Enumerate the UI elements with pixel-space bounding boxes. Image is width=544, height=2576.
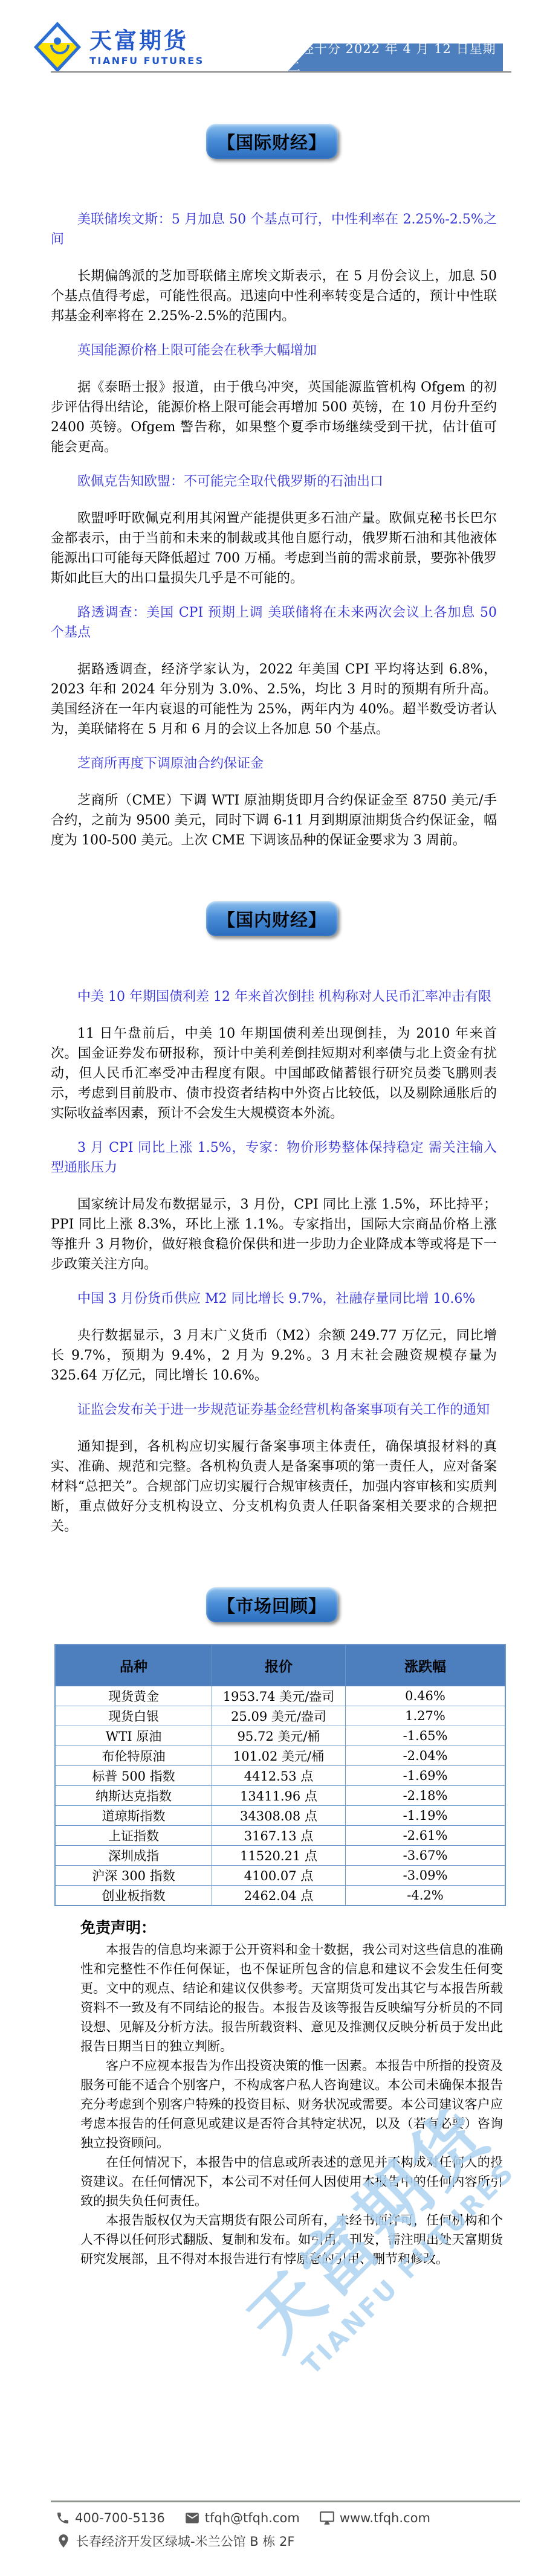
disclaimer: 免责声明： 本报告的信息均来源于公开资料和金十数据，我公司对这些信息的准确性和完… <box>80 1916 503 2269</box>
phone-icon <box>56 2511 70 2525</box>
change-cell: -1.65% <box>346 1726 506 1746</box>
international-articles: 美联储埃文斯：5 月加息 50 个基点可行，中性利率在 2.25%-2.5%之间… <box>0 210 544 850</box>
quote-cell: 34308.08 点 <box>212 1806 346 1826</box>
table-row: 道琼斯指数34308.08 点-1.19% <box>55 1806 505 1826</box>
quote-cell: 11520.21 点 <box>212 1846 346 1866</box>
logo-name-cn: 天富期货 <box>89 30 204 53</box>
newsletter-page: 天富期货 TIANFU FUTURES 财经十分 2022 年 4 月 12 日… <box>0 0 544 2576</box>
article: 3 月 CPI 同比上涨 1.5%，专家：物价形势整体保持稳定 需关注输入型通胀… <box>0 1138 544 1274</box>
table-row: 现货白银25.09 美元/盎司1.27% <box>55 1706 505 1726</box>
contact-row: 400-700-5136 tfqh@tfqh.com www.tfqh.com <box>56 2510 430 2526</box>
section-title-market-review: 【市场回顾】 <box>206 1587 338 1622</box>
instrument-cell: WTI 原油 <box>55 1726 212 1746</box>
tianfu-logo: 天富期货 TIANFU FUTURES <box>34 22 204 74</box>
section-title-international: 【国际财经】 <box>206 124 338 159</box>
logo-person-head <box>54 37 61 45</box>
instrument-cell: 布伦特原油 <box>55 1746 212 1766</box>
change-cell: -1.19% <box>346 1806 506 1826</box>
instrument-cell: 创业板指数 <box>55 1886 212 1906</box>
disclaimer-paragraph: 本报告版权仅为天富期货有限公司所有，未经书面许可，任何机构和个人不得以任何形式翻… <box>80 2211 503 2269</box>
table-row: 纳斯达克指数13411.96 点-2.18% <box>55 1786 505 1806</box>
article: 中国 3 月份货币供应 M2 同比增长 9.7%，社融存量同比增 10.6% 央… <box>0 1289 544 1386</box>
footer-divider <box>51 2501 520 2502</box>
email-contact: tfqh@tfqh.com <box>184 2510 300 2526</box>
quote-cell: 4100.07 点 <box>212 1866 346 1886</box>
contact-row: 长春经济开发区绿城-米兰公馆 B 栋 2F <box>56 2532 430 2550</box>
article-body: 国家统计局发布数据显示，3 月份，CPI 同比上涨 1.5%，环比持平；PPI … <box>51 1195 497 1274</box>
change-cell: -2.61% <box>346 1826 506 1846</box>
disclaimer-paragraph: 本报告的信息均来源于公开资料和金十数据，我公司对这些信息的准确性和完整性不作任何… <box>80 1940 503 2056</box>
instrument-cell: 沪深 300 指数 <box>55 1866 212 1886</box>
logo-name-en: TIANFU FUTURES <box>89 56 204 66</box>
website-url: www.tfqh.com <box>340 2511 430 2525</box>
change-cell: -3.09% <box>346 1866 506 1886</box>
section-title-domestic: 【国内财经】 <box>206 901 338 936</box>
location-pin-icon <box>56 2533 71 2549</box>
article: 路透调查：美国 CPI 预期上调 美联储将在未来两次会议上各加息 50 个基点 … <box>0 603 544 739</box>
article-body: 欧盟呼吁欧佩克利用其闲置产能提供更多石油产量。欧佩克秘书长巴尔金都表示，由于当前… <box>51 509 497 588</box>
email-icon <box>184 2510 200 2526</box>
table-row: 创业板指数2462.04 点-4.2% <box>55 1886 505 1906</box>
table-row: 现货黄金1953.74 美元/盎司0.46% <box>55 1686 505 1706</box>
domestic-articles: 中美 10 年期国债利差 12 年来首次倒挂 机构称对人民币汇率冲击有限 11 … <box>0 987 544 1537</box>
address-text: 长春经济开发区绿城-米兰公馆 B 栋 2F <box>76 2532 294 2550</box>
market-review-table: 品种 报价 涨跌幅 现货黄金1953.74 美元/盎司0.46% 现货白银25.… <box>54 1644 506 1906</box>
quote-cell: 101.02 美元/桶 <box>212 1746 346 1766</box>
table-row: 标普 500 指数4412.53 点-1.69% <box>55 1766 505 1786</box>
article-body: 芝商所（CME）下调 WTI 原油期货即月合约保证金至 8750 美元/手合约，… <box>51 791 497 850</box>
table-row: WTI 原油95.72 美元/桶-1.65% <box>55 1726 505 1746</box>
address-contact: 长春经济开发区绿城-米兰公馆 B 栋 2F <box>56 2532 294 2550</box>
article-body: 11 日午盘前后，中美 10 年期国债利差出现倒挂，为 2010 年来首次。国金… <box>51 1024 497 1123</box>
change-cell: -4.2% <box>346 1886 506 1906</box>
instrument-cell: 标普 500 指数 <box>55 1766 212 1786</box>
column-header-instrument: 品种 <box>55 1645 212 1686</box>
article-headline: 芝商所再度下调原油合约保证金 <box>51 754 497 774</box>
article-headline: 美联储埃文斯：5 月加息 50 个基点可行，中性利率在 2.25%-2.5%之间 <box>51 210 497 249</box>
article-body: 央行数据显示，3 月末广义货币（M2）余额 249.77 万亿元，同比增长 9.… <box>51 1326 497 1386</box>
quote-cell: 4412.53 点 <box>212 1766 346 1786</box>
quote-cell: 95.72 美元/桶 <box>212 1726 346 1746</box>
quote-cell: 2462.04 点 <box>212 1886 346 1906</box>
article-headline: 中美 10 年期国债利差 12 年来首次倒挂 机构称对人民币汇率冲击有限 <box>51 987 497 1007</box>
change-cell: -2.18% <box>346 1786 506 1806</box>
change-cell: -1.69% <box>346 1766 506 1786</box>
table-row: 深圳成指11520.21 点-3.67% <box>55 1846 505 1866</box>
article-body: 据《泰晤士报》报道，由于俄乌冲突，英国能源监管机构 Ofgem 的初步评估得出结… <box>51 377 497 457</box>
article-headline: 中国 3 月份货币供应 M2 同比增长 9.7%，社融存量同比增 10.6% <box>51 1289 497 1309</box>
article: 欧佩克告知欧盟：不可能完全取代俄罗斯的石油出口 欧盟呼吁欧佩克利用其闲置产能提供… <box>0 472 544 588</box>
disclaimer-title: 免责声明： <box>80 1916 503 1940</box>
change-cell: 0.46% <box>346 1686 506 1706</box>
quote-cell: 1953.74 美元/盎司 <box>212 1686 346 1706</box>
header: 天富期货 TIANFU FUTURES 财经十分 2022 年 4 月 12 日… <box>0 0 544 73</box>
table-row: 布伦特原油101.02 美元/桶-2.04% <box>55 1746 505 1766</box>
article-body: 通知提到，各机构应切实履行备案事项主体责任，确保填报材料的真实、准确、规范和完整… <box>51 1437 497 1537</box>
article-headline: 英国能源价格上限可能会在秋季大幅增加 <box>51 341 497 361</box>
table-row: 沪深 300 指数4100.07 点-3.09% <box>55 1866 505 1886</box>
phone-contact: 400-700-5136 <box>56 2511 165 2525</box>
header-divider <box>51 71 511 73</box>
instrument-cell: 深圳成指 <box>55 1846 212 1866</box>
disclaimer-paragraph: 客户不应视本报告为作出投资决策的惟一因素。本报告中所指的投资及服务可能不适合个别… <box>80 2056 503 2153</box>
instrument-cell: 现货白银 <box>55 1706 212 1726</box>
table-row: 上证指数3167.13 点-2.61% <box>55 1826 505 1846</box>
article-body: 长期偏鸽派的芝加哥联储主席埃文斯表示，在 5 月份会议上，加息 50 个基点值得… <box>51 266 497 326</box>
disclaimer-paragraph: 在任何情况下，本报告中的信息或所表述的意见并不构成对任何人的投资建议。在任何情况… <box>80 2153 503 2211</box>
website-contact: www.tfqh.com <box>319 2510 430 2526</box>
phone-number: 400-700-5136 <box>75 2511 165 2525</box>
instrument-cell: 道琼斯指数 <box>55 1806 212 1826</box>
column-header-change: 涨跌幅 <box>346 1645 506 1686</box>
article-headline: 路透调查：美国 CPI 预期上调 美联储将在未来两次会议上各加息 50 个基点 <box>51 603 497 643</box>
article: 中美 10 年期国债利差 12 年来首次倒挂 机构称对人民币汇率冲击有限 11 … <box>0 987 544 1123</box>
change-cell: 1.27% <box>346 1706 506 1726</box>
quote-cell: 3167.13 点 <box>212 1826 346 1846</box>
quote-cell: 25.09 美元/盎司 <box>212 1706 346 1726</box>
article: 英国能源价格上限可能会在秋季大幅增加 据《泰晤士报》报道，由于俄乌冲突，英国能源… <box>0 341 544 457</box>
footer-contact: 400-700-5136 tfqh@tfqh.com www.tfqh.com <box>56 2510 430 2550</box>
quote-cell: 13411.96 点 <box>212 1786 346 1806</box>
article: 美联储埃文斯：5 月加息 50 个基点可行，中性利率在 2.25%-2.5%之间… <box>0 210 544 326</box>
instrument-cell: 上证指数 <box>55 1826 212 1846</box>
email-address: tfqh@tfqh.com <box>205 2511 300 2525</box>
issue-date-banner: 财经十分 2022 年 4 月 12 日星期二 <box>288 43 503 71</box>
instrument-cell: 现货黄金 <box>55 1686 212 1706</box>
monitor-icon <box>319 2510 335 2526</box>
article-headline: 欧佩克告知欧盟：不可能完全取代俄罗斯的石油出口 <box>51 472 497 492</box>
article: 证监会发布关于进一步规范证券基金经营机构备案事项有关工作的通知 通知提到，各机构… <box>0 1400 544 1537</box>
article: 芝商所再度下调原油合约保证金 芝商所（CME）下调 WTI 原油期货即月合约保证… <box>0 754 544 850</box>
change-cell: -2.04% <box>346 1746 506 1766</box>
column-header-quote: 报价 <box>212 1645 346 1686</box>
newsletter-body: 【国际财经】 美联储埃文斯：5 月加息 50 个基点可行，中性利率在 2.25%… <box>0 124 544 2269</box>
article-headline: 证监会发布关于进一步规范证券基金经营机构备案事项有关工作的通知 <box>51 1400 497 1420</box>
article-body: 据路透调查，经济学家认为，2022 年美国 CPI 平均将达到 6.8%，202… <box>51 660 497 739</box>
change-cell: -3.67% <box>346 1846 506 1866</box>
tianfu-diamond-logo-icon <box>34 22 82 74</box>
table-header-row: 品种 报价 涨跌幅 <box>55 1645 505 1686</box>
instrument-cell: 纳斯达克指数 <box>55 1786 212 1806</box>
article-headline: 3 月 CPI 同比上涨 1.5%，专家：物价形势整体保持稳定 需关注输入型通胀… <box>51 1138 497 1178</box>
logo-text: 天富期货 TIANFU FUTURES <box>89 30 204 66</box>
